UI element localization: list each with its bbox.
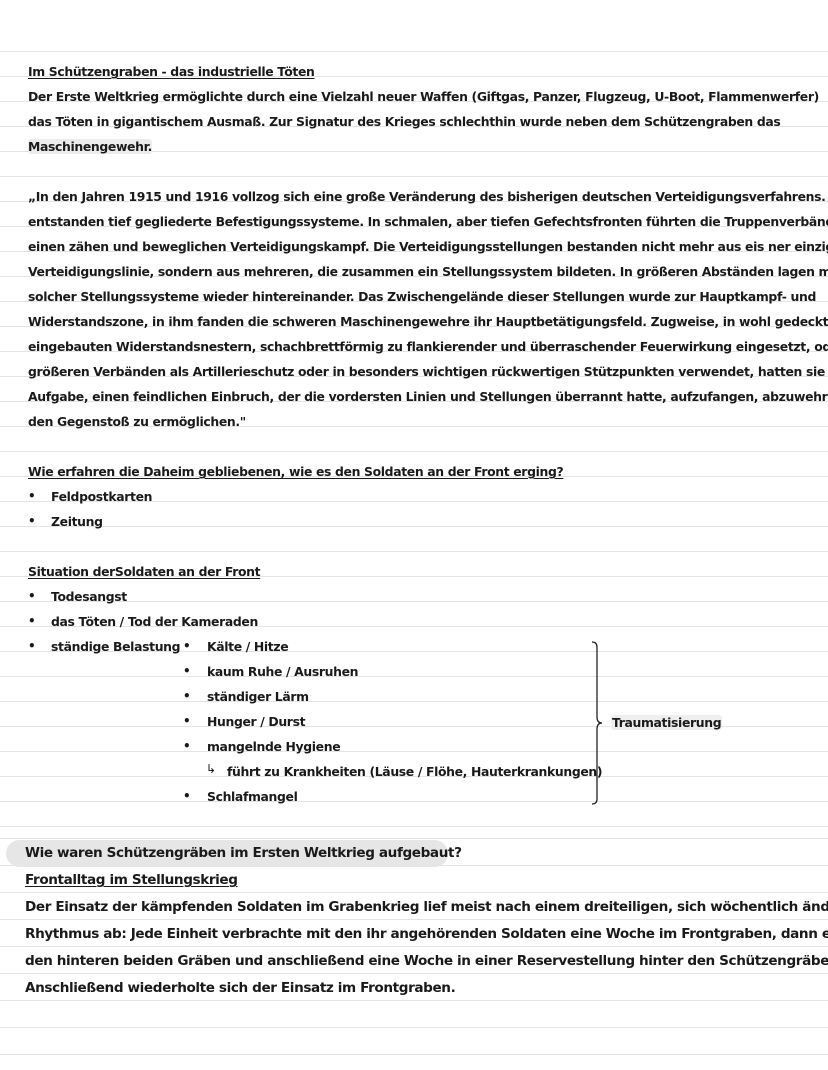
- ruled-line: [0, 1027, 828, 1028]
- ruled-line: [0, 676, 828, 677]
- question-heading: Wie waren Schützengräben im Ersten Weltk…: [25, 845, 462, 861]
- ruled-line: [0, 973, 828, 974]
- bracket-label: Traumatisierung: [611, 715, 722, 730]
- quote-line: „In den Jahren 1915 und 1916 vollzog sic…: [28, 189, 828, 205]
- sub-list-item: mangelnde Hygiene: [207, 739, 340, 755]
- quote-line: einen zähen und beweglichen Verteidigung…: [28, 239, 828, 255]
- highlighted-term: Maschinengewehr.: [28, 139, 152, 154]
- ruled-line: [0, 826, 828, 827]
- bullet-icon: •: [183, 739, 191, 753]
- ruled-line: [0, 946, 828, 947]
- bullet-icon: •: [28, 489, 36, 503]
- section-heading-front-life: Frontalltag im Stellungskrieg: [25, 872, 238, 888]
- body-line: Rhythmus ab: Jede Einheit verbrachte mit…: [25, 926, 828, 942]
- bullet-icon: •: [183, 689, 191, 703]
- ruled-line: [0, 892, 828, 893]
- list-item: das Töten / Tod der Kameraden: [51, 614, 258, 630]
- body-line: Anschließend wiederholte sich der Einsat…: [25, 980, 455, 996]
- ruled-line: [0, 751, 828, 752]
- quote-line: entstanden tief gegliederte Befestigungs…: [28, 214, 828, 230]
- bullet-icon: •: [28, 514, 36, 528]
- list-item: Zeitung: [51, 514, 103, 530]
- intro-line: das Töten in gigantischem Ausmaß. Zur Si…: [28, 114, 780, 130]
- ruled-line: [0, 1054, 828, 1055]
- quote-line: Widerstandszone, in ihm fanden die schwe…: [28, 314, 828, 330]
- quote-line: den Gegenstoß zu ermöglichen.": [28, 414, 246, 430]
- body-line: Der Einsatz der kämpfenden Soldaten im G…: [25, 899, 828, 915]
- intro-line: Der Erste Weltkrieg ermöglichte durch ei…: [28, 89, 819, 105]
- quote-line: Verteidigungslinie, sondern aus mehreren…: [28, 264, 828, 280]
- sub-list-item: Hunger / Durst: [207, 714, 305, 730]
- body-line: den hinteren beiden Gräben und anschließ…: [25, 953, 828, 969]
- list-item: Feldpostkarten: [51, 489, 152, 505]
- curly-bracket-icon: [590, 641, 604, 805]
- ruled-line: [0, 551, 828, 552]
- bullet-icon: •: [28, 614, 36, 628]
- sub-list-item: Schlafmangel: [207, 789, 298, 805]
- ruled-line: [0, 801, 828, 802]
- list-item: Todesangst: [51, 589, 127, 605]
- ruled-line: [0, 526, 828, 527]
- ruled-line: [0, 176, 828, 177]
- ruled-line: [0, 701, 828, 702]
- bullet-icon: •: [183, 639, 191, 653]
- consequence-item: führt zu Krankheiten (Läuse / Flöhe, Hau…: [227, 764, 602, 780]
- sub-list-item: ständiger Lärm: [207, 689, 309, 705]
- bullet-icon: •: [183, 789, 191, 803]
- bullet-icon: •: [28, 589, 36, 603]
- section-heading-soldiers-situation: Situation derSoldaten an der Front: [28, 564, 260, 580]
- bullet-icon: •: [28, 639, 36, 653]
- list-item: ständige Belastung: [51, 639, 180, 655]
- quote-line: solcher Stellungssysteme wieder hinterei…: [28, 289, 816, 305]
- ruled-line: [0, 451, 828, 452]
- sub-list-item: Kälte / Hitze: [207, 639, 288, 655]
- section-heading-trench: Im Schützengraben - das industrielle Töt…: [28, 64, 315, 80]
- bullet-icon: •: [183, 664, 191, 678]
- ruled-line: [0, 919, 828, 920]
- intro-line: Maschinengewehr.: [28, 139, 152, 155]
- quote-line: Aufgabe, einen feindlichen Einbruch, der…: [28, 389, 828, 405]
- bullet-icon: •: [183, 714, 191, 728]
- ruled-line: [0, 1000, 828, 1001]
- quote-line: eingebauten Widerstandsnestern, schachbr…: [28, 339, 828, 355]
- quote-line: größeren Verbänden als Artillerieschutz …: [28, 364, 828, 380]
- arrow-return-icon: ↳: [206, 762, 216, 776]
- section-heading-home-front: Wie erfahren die Daheim gebliebenen, wie…: [28, 464, 563, 480]
- sub-list-item: kaum Ruhe / Ausruhen: [207, 664, 358, 680]
- ruled-line: [0, 51, 828, 52]
- ruled-line: [0, 838, 828, 839]
